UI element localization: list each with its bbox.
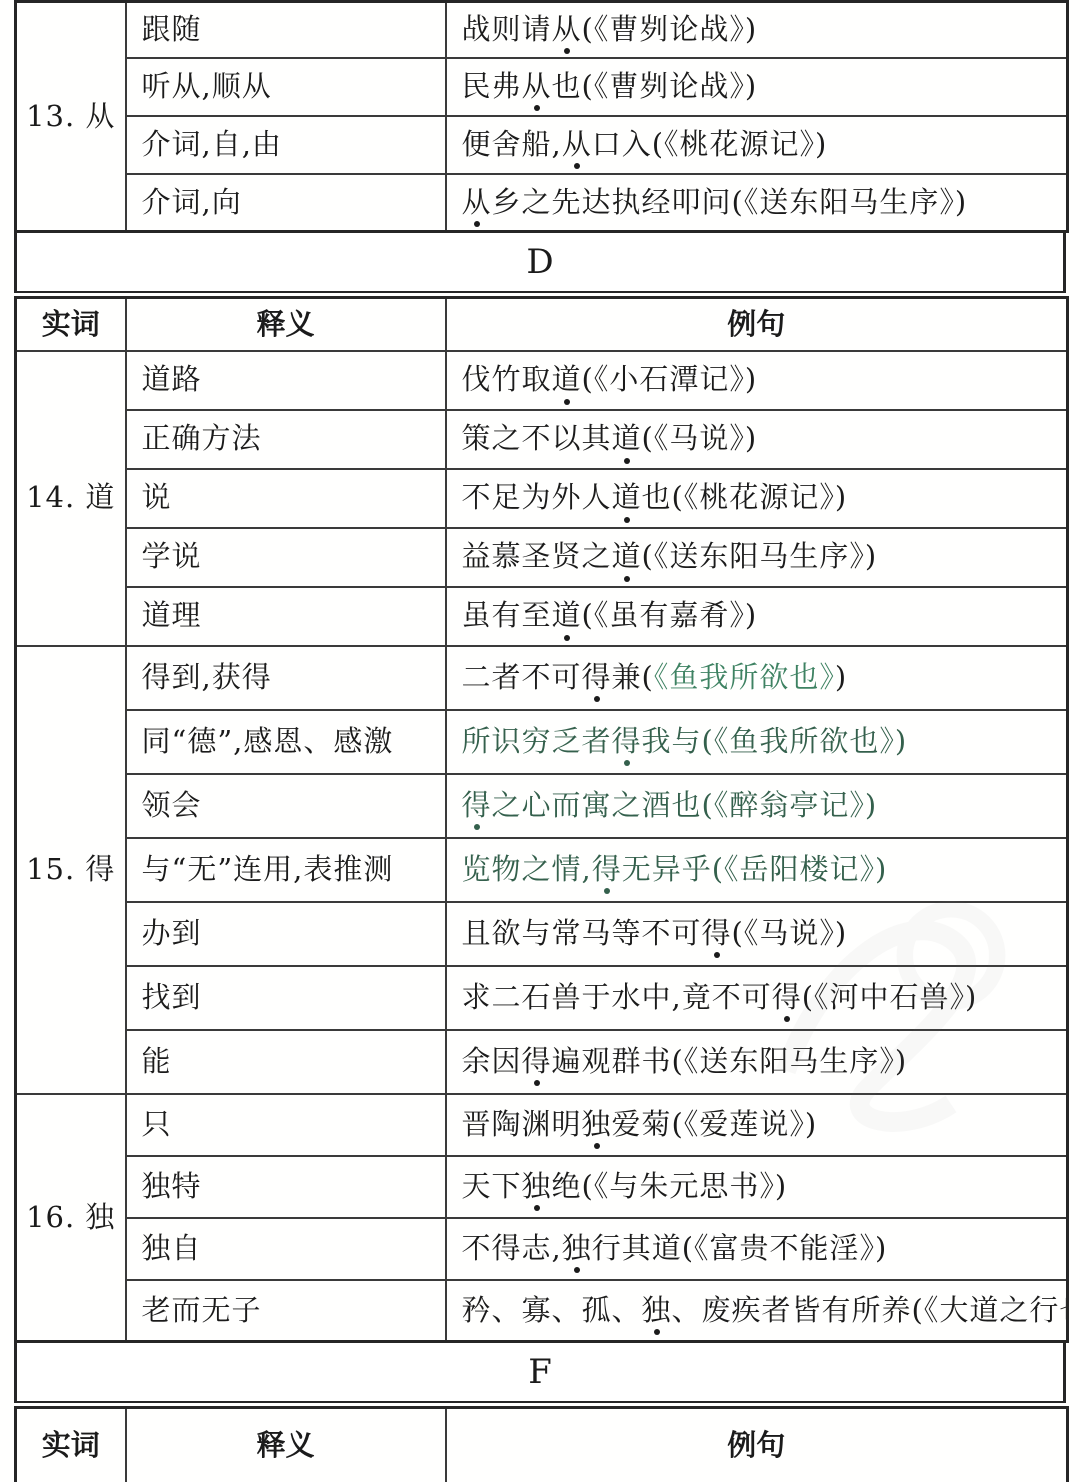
meaning-cell: 能	[126, 1030, 446, 1094]
example-text: 乡之先达执经叩问(《送东阳马生序》)	[492, 185, 968, 219]
example-text: 也(《曹刿论战》)	[552, 69, 758, 103]
table-row: 学说益慕圣贤之道(《送东阳马生序》)	[16, 528, 1068, 587]
emphasis-char: 得	[522, 1045, 552, 1078]
example-cell: 不得志,独行其道(《富贵不能淫》)	[446, 1218, 1068, 1280]
meaning-cell: 学说	[126, 528, 446, 587]
example-text: 天下	[462, 1169, 522, 1203]
example-text: (《虽有嘉肴》)	[582, 598, 758, 632]
example-text: 口入(《桃花源记》)	[592, 127, 828, 161]
column-header-meaning: 释义	[126, 298, 446, 351]
band-letter-d: D	[526, 242, 553, 282]
example-cell: 不足为外人道也(《桃花源记》)	[446, 469, 1068, 528]
meaning-cell: 老而无子	[126, 1280, 446, 1342]
example-cell: 虽有至道(《虽有嘉肴》)	[446, 587, 1068, 646]
meaning-cell: 同“德”,感恩、感激	[126, 710, 446, 774]
word-cell: 15. 得	[16, 646, 126, 1094]
table-row: 能余因得遍观群书(《送东阳马生序》)	[16, 1030, 1068, 1094]
example-text: 不足为外人	[462, 480, 612, 514]
example-cell: 益慕圣贤之道(《送东阳马生序》)	[446, 528, 1068, 587]
meaning-cell: 跟随	[126, 2, 446, 58]
example-text: 二者不可	[462, 660, 582, 694]
meaning-cell: 正确方法	[126, 410, 446, 469]
example-text: 伐竹取	[462, 362, 552, 396]
emphasis-char: 独	[522, 1170, 552, 1203]
table-main: 实词 释义 例句 14. 道道路伐竹取道(《小石潭记》)正确方法策之不以其道(《…	[14, 296, 1069, 1343]
example-text: 益慕圣贤之	[462, 539, 612, 573]
example-text: 矜、寡、孤、	[462, 1293, 642, 1327]
meaning-cell: 独自	[126, 1218, 446, 1280]
emphasis-char: 独	[582, 1108, 612, 1141]
meaning-cell: 道路	[126, 351, 446, 410]
example-text: 之心而寓之酒也(《醉翁亭记》)	[492, 788, 878, 822]
table-row: 14. 道道路伐竹取道(《小石潭记》)	[16, 351, 1068, 410]
example-cell: 矜、寡、孤、独、废疾者皆有所养(《大道之行也》)	[446, 1280, 1068, 1342]
meaning-cell: 办到	[126, 902, 446, 966]
example-text: 我与(《鱼我所欲也》)	[642, 724, 908, 758]
table-row: 道理虽有至道(《虽有嘉肴》)	[16, 587, 1068, 646]
column-header-example: 例句	[446, 298, 1068, 351]
meaning-cell: 介词,自,由	[126, 116, 446, 174]
example-text: 策之不以其	[462, 421, 612, 455]
table-row: 介词,自,由便舍船,从口入(《桃花源记》)	[16, 116, 1068, 174]
column-header-word: 实词	[16, 298, 126, 351]
meaning-cell: 得到,获得	[126, 646, 446, 710]
example-text: )	[835, 660, 847, 694]
emphasis-char: 得	[462, 789, 492, 822]
example-text: 且欲与常马等不可	[462, 916, 702, 950]
column-header-example: 例句	[446, 1408, 1068, 1482]
section-letter-band-d: D	[14, 231, 1066, 293]
table-row: 13. 从跟随战则请从(《曹刿论战》)	[16, 2, 1068, 58]
emphasis-char: 得	[582, 661, 612, 694]
example-text: 战则请	[462, 12, 552, 46]
meaning-cell: 领会	[126, 774, 446, 838]
example-cell: 晋陶渊明独爱菊(《爱莲说》)	[446, 1094, 1068, 1156]
meaning-cell: 介词,向	[126, 174, 446, 232]
meaning-cell: 道理	[126, 587, 446, 646]
table-section-13: 13. 从跟随战则请从(《曹刿论战》)听从,顺从民弗从也(《曹刿论战》)介词,自…	[14, 0, 1069, 233]
example-cell: 余因得遍观群书(《送东阳马生序》)	[446, 1030, 1068, 1094]
example-text: 不得志,	[462, 1231, 562, 1265]
table-row: 老而无子矜、寡、孤、独、废疾者皆有所养(《大道之行也》)	[16, 1280, 1068, 1342]
example-text: 虽有至	[462, 598, 552, 632]
table-row: 介词,向从乡之先达执经叩问(《送东阳马生序》)	[16, 174, 1068, 232]
example-cell: 天下独绝(《与朱元思书》)	[446, 1156, 1068, 1218]
emphasis-char: 道	[612, 481, 642, 514]
example-cell: 求二石兽于水中,竟不可得(《河中石兽》)	[446, 966, 1068, 1030]
table-row: 正确方法策之不以其道(《马说》)	[16, 410, 1068, 469]
section-letter-band-f: F	[14, 1341, 1066, 1403]
emphasis-char: 独	[642, 1294, 672, 1327]
emphasis-char: 从	[552, 13, 582, 46]
table-row: 说不足为外人道也(《桃花源记》)	[16, 469, 1068, 528]
example-text: 、废疾者皆有所养(《大道之行也》)	[672, 1293, 1068, 1327]
example-cell: 得之心而寓之酒也(《醉翁亭记》)	[446, 774, 1068, 838]
emphasis-char: 道	[612, 540, 642, 573]
example-text: 兼(	[612, 660, 654, 694]
table-row: 同“德”,感恩、感激所识穷乏者得我与(《鱼我所欲也》)	[16, 710, 1068, 774]
emphasis-char: 得	[612, 725, 642, 758]
band-letter-f: F	[528, 1352, 552, 1392]
scanned-vocabulary-table-page: 13. 从跟随战则请从(《曹刿论战》)听从,顺从民弗从也(《曹刿论战》)介词,自…	[0, 0, 1080, 1482]
header-row: 实词 释义 例句	[16, 1408, 1068, 1482]
example-cell: 且欲与常马等不可得(《马说》)	[446, 902, 1068, 966]
word-cell: 16. 独	[16, 1094, 126, 1342]
meaning-cell: 与“无”连用,表推测	[126, 838, 446, 902]
example-text: 爱菊(《爱莲说》)	[612, 1107, 818, 1141]
example-text: 求二石兽于水中,竟不可	[462, 980, 772, 1014]
column-header-word: 实词	[16, 1408, 126, 1482]
example-cell: 所识穷乏者得我与(《鱼我所欲也》)	[446, 710, 1068, 774]
table-row: 找到求二石兽于水中,竟不可得(《河中石兽》)	[16, 966, 1068, 1030]
table-row: 领会得之心而寓之酒也(《醉翁亭记》)	[16, 774, 1068, 838]
meaning-cell: 听从,顺从	[126, 58, 446, 116]
source-title: 《鱼我所欲也》	[654, 660, 835, 694]
example-text: (《曹刿论战》)	[582, 12, 758, 46]
example-text: 也(《桃花源记》)	[642, 480, 848, 514]
emphasis-char: 从	[462, 186, 492, 219]
table-row: 听从,顺从民弗从也(《曹刿论战》)	[16, 58, 1068, 116]
column-header-meaning: 释义	[126, 1408, 446, 1482]
example-text: (《马说》)	[732, 916, 848, 950]
example-cell: 二者不可得兼(《鱼我所欲也》)	[446, 646, 1068, 710]
table-row: 15. 得得到,获得二者不可得兼(《鱼我所欲也》)	[16, 646, 1068, 710]
meaning-cell: 说	[126, 469, 446, 528]
example-text: (《河中石兽》)	[802, 980, 978, 1014]
example-text: (《马说》)	[642, 421, 758, 455]
emphasis-char: 独	[562, 1232, 592, 1265]
example-cell: 从乡之先达执经叩问(《送东阳马生序》)	[446, 174, 1068, 232]
table-row: 独自不得志,独行其道(《富贵不能淫》)	[16, 1218, 1068, 1280]
emphasis-char: 道	[612, 422, 642, 455]
table-next-section-header: 实词 释义 例句	[14, 1406, 1069, 1482]
example-text: 民弗	[462, 69, 522, 103]
example-text: 览物之情,	[462, 852, 592, 886]
example-text: 绝(《与朱元思书》)	[552, 1169, 788, 1203]
table-row: 办到且欲与常马等不可得(《马说》)	[16, 902, 1068, 966]
header-row: 实词 释义 例句	[16, 298, 1068, 351]
example-cell: 便舍船,从口入(《桃花源记》)	[446, 116, 1068, 174]
table-row: 16. 独只晋陶渊明独爱菊(《爱莲说》)	[16, 1094, 1068, 1156]
emphasis-char: 得	[772, 981, 802, 1014]
example-text: 遍观群书(《送东阳马生序》)	[552, 1044, 908, 1078]
word-cell: 14. 道	[16, 351, 126, 646]
table-row: 独特天下独绝(《与朱元思书》)	[16, 1156, 1068, 1218]
emphasis-char: 得	[702, 917, 732, 950]
example-text: 所识穷乏者	[462, 724, 612, 758]
example-cell: 览物之情,得无异乎(《岳阳楼记》)	[446, 838, 1068, 902]
meaning-cell: 找到	[126, 966, 446, 1030]
example-cell: 策之不以其道(《马说》)	[446, 410, 1068, 469]
example-cell: 民弗从也(《曹刿论战》)	[446, 58, 1068, 116]
example-cell: 伐竹取道(《小石潭记》)	[446, 351, 1068, 410]
example-text: 便舍船,	[462, 127, 562, 161]
meaning-cell: 只	[126, 1094, 446, 1156]
example-text: 无异乎(《岳阳楼记》)	[622, 852, 888, 886]
emphasis-char: 道	[552, 363, 582, 396]
table-row: 与“无”连用,表推测览物之情,得无异乎(《岳阳楼记》)	[16, 838, 1068, 902]
example-text: (《送东阳马生序》)	[642, 539, 878, 573]
example-text: (《小石潭记》)	[582, 362, 758, 396]
example-text: 行其道(《富贵不能淫》)	[592, 1231, 888, 1265]
emphasis-char: 从	[562, 128, 592, 161]
example-text: 余因	[462, 1044, 522, 1078]
example-text: 晋陶渊明	[462, 1107, 582, 1141]
word-cell: 13. 从	[16, 2, 126, 232]
emphasis-char: 得	[592, 853, 622, 886]
example-cell: 战则请从(《曹刿论战》)	[446, 2, 1068, 58]
meaning-cell: 独特	[126, 1156, 446, 1218]
emphasis-char: 从	[522, 70, 552, 103]
emphasis-char: 道	[552, 599, 582, 632]
